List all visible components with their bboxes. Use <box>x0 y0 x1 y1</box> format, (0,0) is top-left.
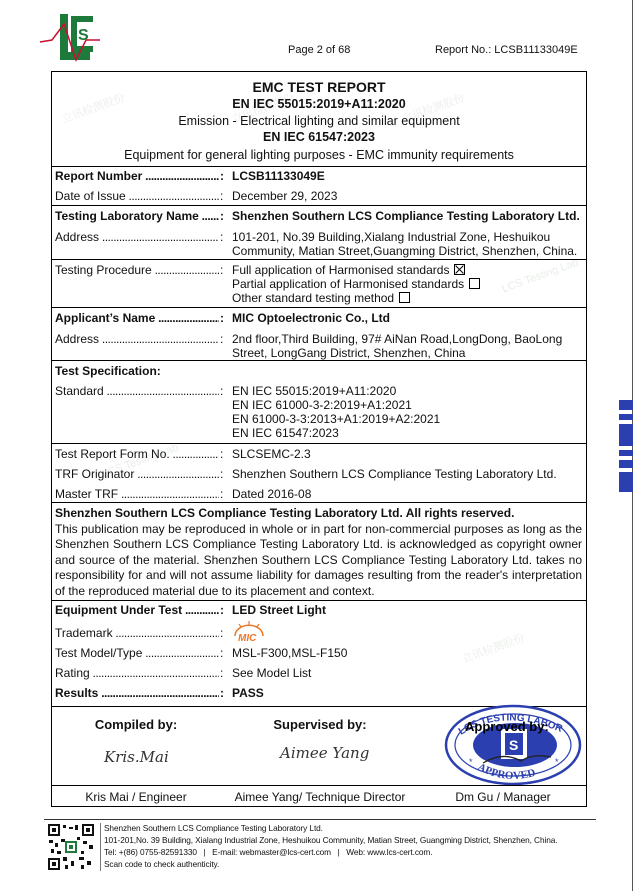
supervised-by-name: Aimee Yang/ Technique Director <box>220 790 420 804</box>
page-number: Page 2 of 68 <box>288 44 350 56</box>
test-specification-heading: Test Specification: <box>55 364 583 378</box>
label: Report Number <box>55 169 223 183</box>
svg-text:*: * <box>555 757 559 767</box>
copyright-heading: Shenzhen Southern LCS Compliance Testing… <box>55 506 582 522</box>
copyright-body: This publication may be reproduced in wh… <box>55 522 582 600</box>
divider <box>52 600 586 601</box>
footer-divider <box>44 819 596 820</box>
divider <box>52 360 586 361</box>
standard-immunity-desc: Equipment for general lighting purposes … <box>52 148 586 162</box>
header-report-number: Report No.: LCSB11133049E <box>435 44 578 56</box>
footer-scan-note: Scan code to check authenticity. <box>104 858 557 870</box>
checkbox-partial-application[interactable] <box>469 278 480 289</box>
label: Applicant’s Name <box>55 311 223 325</box>
standard-immunity: EN IEC 61547:2023 <box>52 130 586 144</box>
rating-value: See Model List <box>232 666 583 680</box>
label: Address <box>55 230 223 244</box>
svg-text:S: S <box>78 27 89 44</box>
signature-supervised: Aimee Yang <box>280 744 369 762</box>
report-title: EMC TEST REPORT <box>52 79 586 95</box>
applicant-address-value: 2nd floor,Third Building, 97# AiNan Road… <box>232 332 583 360</box>
model-value: MSL-F300,MSL-F150 <box>232 646 583 660</box>
svg-text:MIC: MIC <box>238 633 257 642</box>
svg-text:S: S <box>509 737 518 753</box>
approved-stamp: S LCS TESTING LABORATORY APPROVED * * Ap… <box>443 703 583 785</box>
divider <box>52 166 586 167</box>
trf-form-value: SLCSEMC-2.3 <box>232 447 583 461</box>
standard-emission-desc: Emission - Electrical lighting and simil… <box>52 114 586 128</box>
footer-company: Shenzhen Southern LCS Compliance Testing… <box>104 822 557 834</box>
label: Test Report Form No. <box>55 447 223 461</box>
copyright-notice: Shenzhen Southern LCS Compliance Testing… <box>55 506 582 599</box>
compiled-by-heading: Compiled by: <box>52 717 220 732</box>
label: Test Model/Type <box>55 646 223 660</box>
svg-text:*: * <box>469 757 473 767</box>
label: Results <box>55 686 223 700</box>
signature-compiled: Kris.Mai <box>104 748 169 766</box>
master-trf-value: Dated 2016-08 <box>232 487 583 501</box>
report-number-value: LCSB11133049E <box>232 169 583 183</box>
label: Trademark <box>55 626 223 640</box>
report-cover-table: EMC TEST REPORT EN IEC 55015:2019+A11:20… <box>51 71 587 807</box>
compiled-by-name: Kris Mai / Engineer <box>52 790 220 804</box>
label: Testing Laboratory Name <box>55 209 223 223</box>
trf-originator-value: Shenzhen Southern LCS Compliance Testing… <box>232 467 583 481</box>
supervised-by-heading: Supervised by: <box>220 717 420 732</box>
label: Master TRF <box>55 487 223 501</box>
eut-value: LED Street Light <box>232 603 583 617</box>
footer-contact: Shenzhen Southern LCS Compliance Testing… <box>104 822 557 870</box>
mic-trademark-logo: MIC <box>229 620 269 642</box>
results-value: PASS <box>232 686 583 700</box>
approved-by-heading: Approved by: <box>465 719 549 734</box>
divider <box>52 443 586 444</box>
label: TRF Originator <box>55 467 223 481</box>
label: Address <box>55 332 223 346</box>
label: Testing Procedure <box>55 263 223 277</box>
standard-list: EN IEC 55015:2019+A11:2020 EN IEC 61000-… <box>232 384 583 440</box>
applicant-name-value: MIC Optoelectronic Co., Ltd <box>232 311 583 325</box>
divider <box>52 205 586 206</box>
label: Equipment Under Test <box>55 603 223 617</box>
divider <box>52 785 586 786</box>
divider <box>52 502 586 503</box>
label: Rating <box>55 666 223 680</box>
label: Date of Issue <box>55 189 223 203</box>
footer-contact-info[interactable]: Tel: +(86) 0755-82591330 | E-mail: webma… <box>104 846 557 858</box>
date-of-issue-value: December 29, 2023 <box>232 189 583 203</box>
checkbox-other-method[interactable] <box>399 292 410 303</box>
testing-procedure-options: Full application of Harmonised standards… <box>232 263 583 305</box>
lcs-logo: S <box>38 12 108 64</box>
footer-separator <box>100 823 101 871</box>
standard-emission: EN IEC 55015:2019+A11:2020 <box>52 97 586 111</box>
lab-address-value: 101-201, No.39 Building,Xialang Industri… <box>232 230 583 258</box>
checkbox-full-application[interactable] <box>454 264 465 275</box>
side-stamp-fragment <box>617 398 633 494</box>
divider <box>52 307 586 308</box>
divider <box>52 259 586 260</box>
label: Standard <box>55 384 223 398</box>
testing-lab-value: Shenzhen Southern LCS Compliance Testing… <box>232 209 583 223</box>
footer-address: 101-201,No. 39 Building, Xialang Industr… <box>104 834 557 846</box>
qr-code[interactable] <box>47 823 95 871</box>
approved-by-name: Dm Gu / Manager <box>420 790 586 804</box>
